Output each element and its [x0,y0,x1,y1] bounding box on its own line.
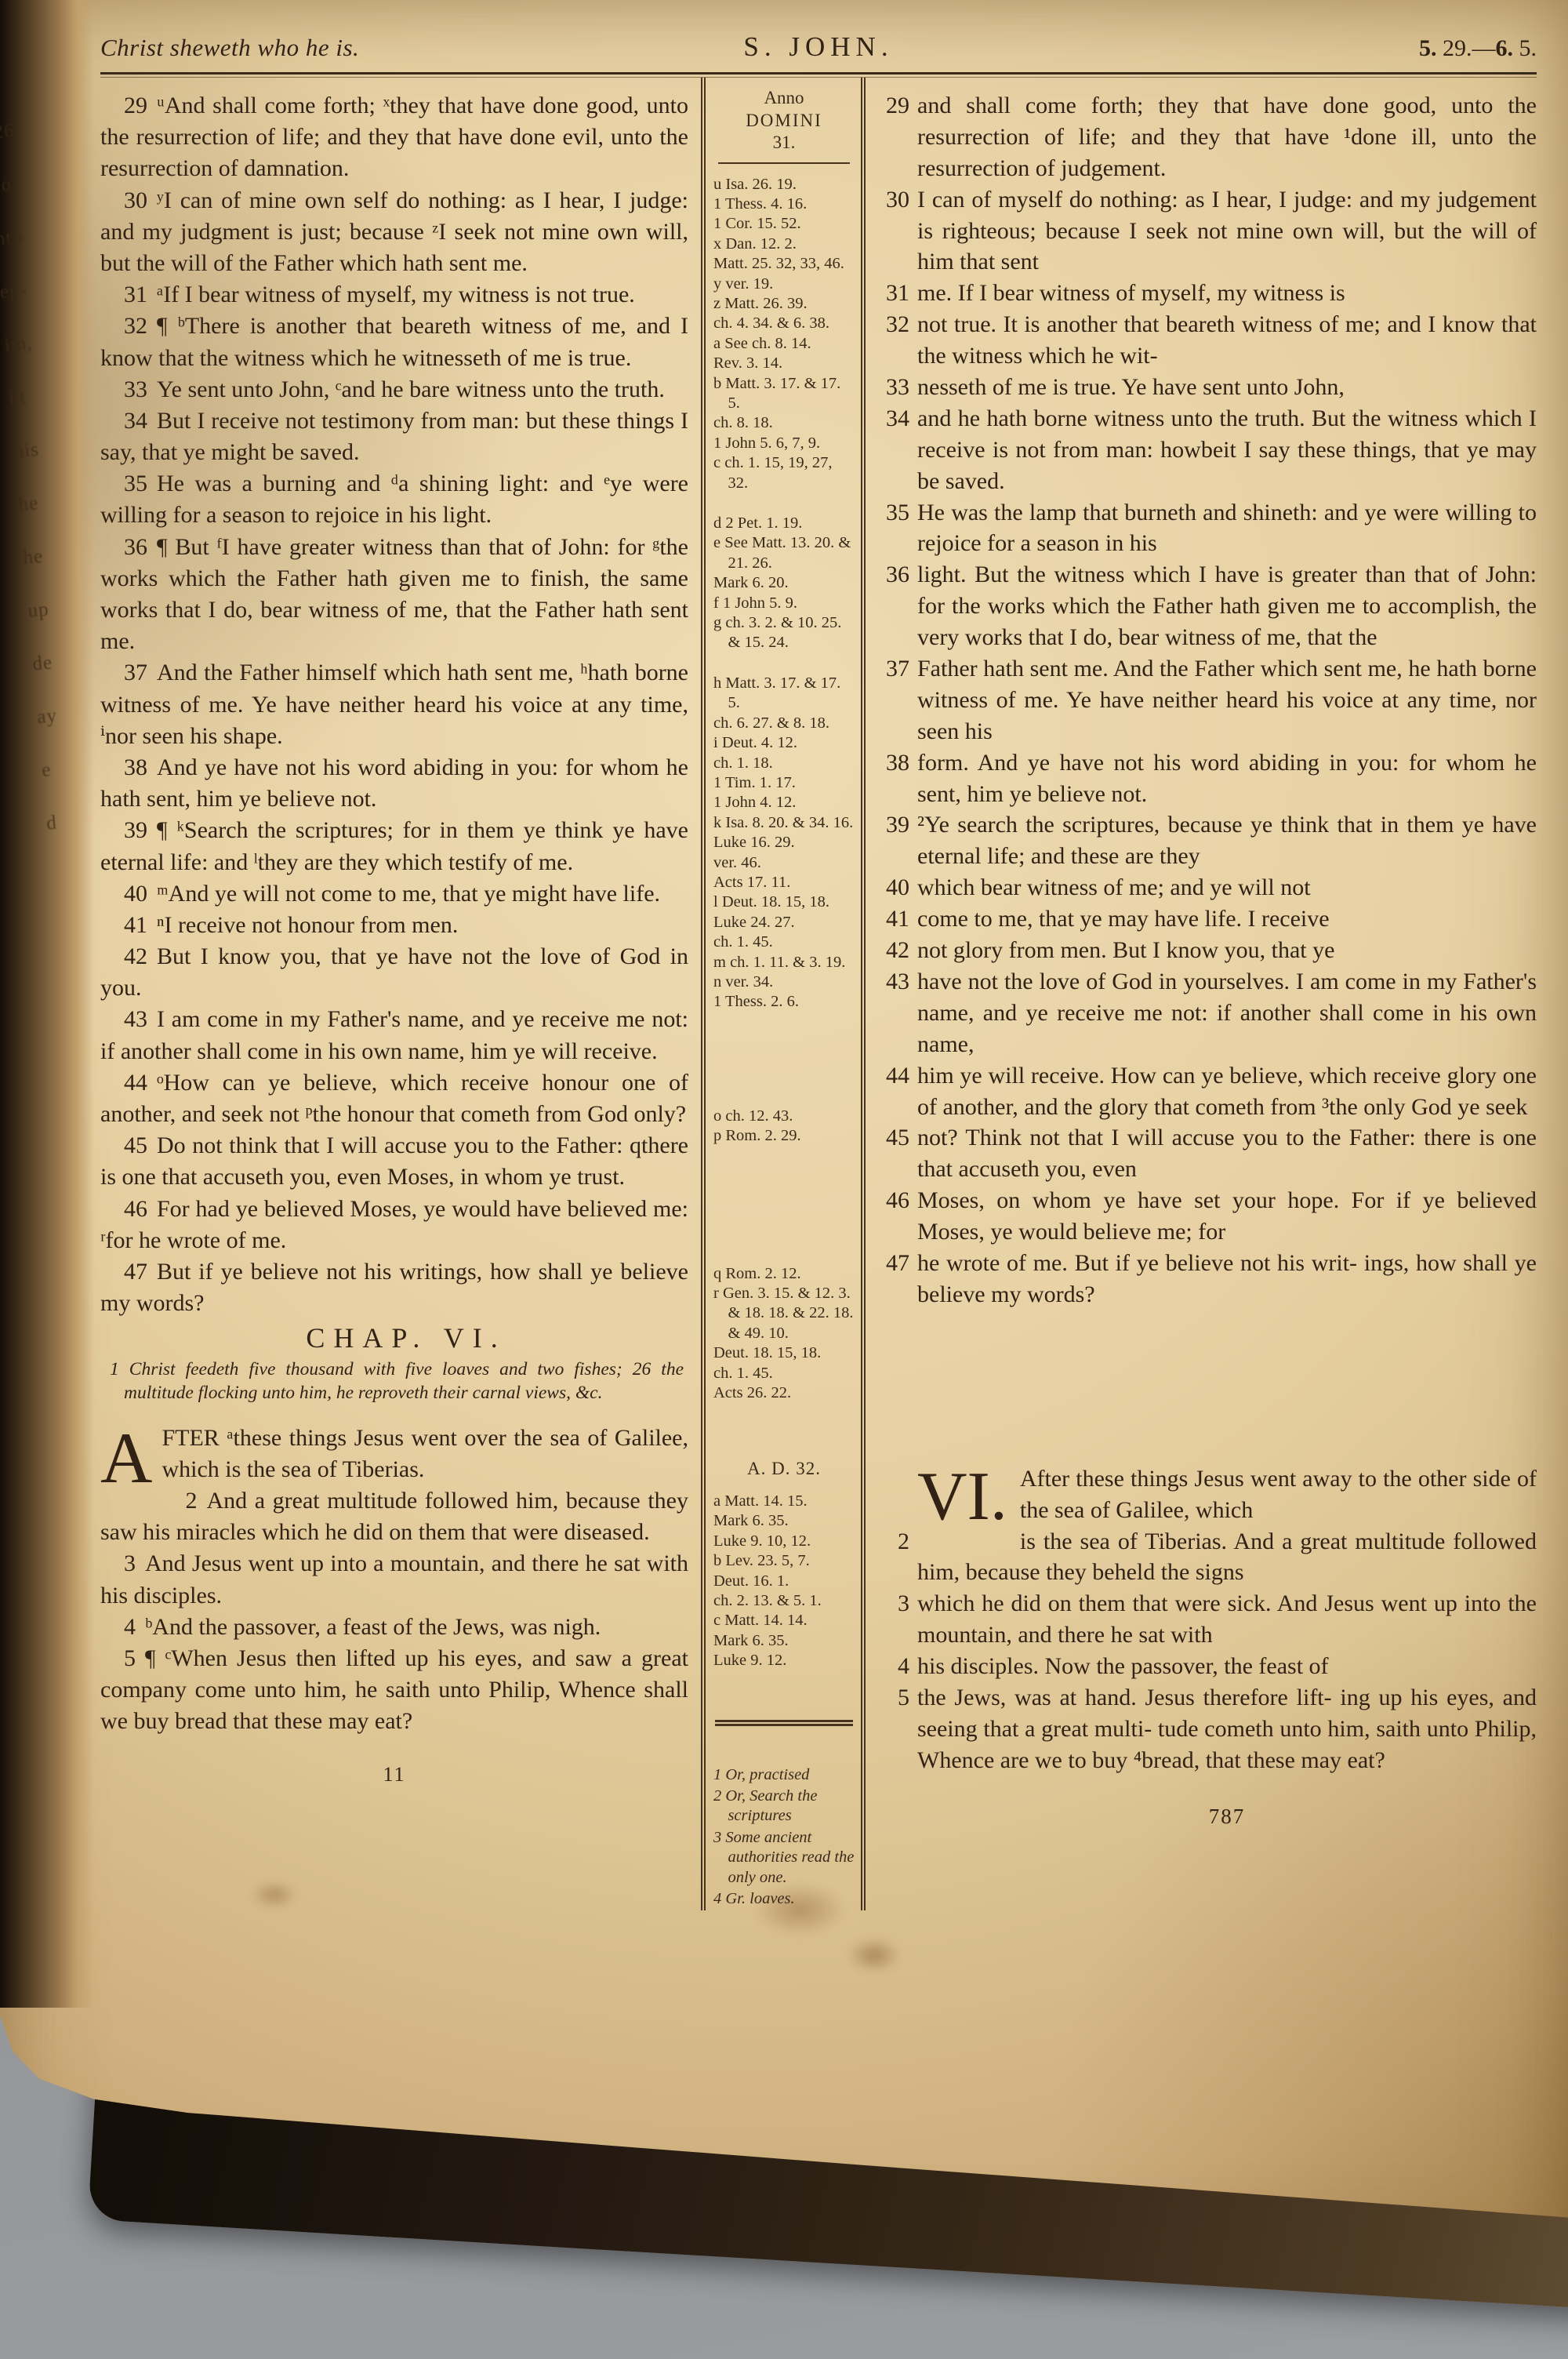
verse-number: 36 [124,534,147,560]
cross-reference: k Isa. 8. 20. & 34. 16. [713,813,855,833]
cross-reference: ch. 4. 34. & 6. 38. [713,314,855,333]
verse-number: 35 [124,471,147,496]
verse-range: 5. [1513,35,1537,61]
anno-domini-32: A. D. 32. [713,1458,855,1481]
kjv-verse: 38And ye have not his word abiding in yo… [100,752,688,815]
verse-text: is the sea of Tiberias. And a great mult… [917,1528,1537,1586]
rv-verse: 41come to me, that ye may have life. I r… [917,903,1537,935]
verse-text: ¶ ᵏSearch the scriptures; for in them ye… [100,817,688,874]
verse-number: 30 [124,187,147,213]
verse-number: 47 [124,1259,147,1285]
rv-verse: 47he wrote of me. But if ye believe not … [917,1248,1537,1310]
chapter-number: 6. [1496,35,1514,61]
verse-number: 32 [124,313,147,339]
verse-number: 29 [870,90,909,122]
cross-reference: i Deut. 4. 12. [713,733,855,753]
cross-reference: 1 Thess. 4. 16. [713,194,855,214]
kjv-verse: 42But I know you, that ye have not the l… [100,941,688,1004]
kjv-verse: 3And Jesus went up into a mountain, and … [100,1548,688,1611]
cross-reference: Deut. 16. 1. [713,1572,855,1591]
verse-text: But if ye believe not his writings, how … [100,1259,688,1316]
cross-reference: ch. 8. 18. [713,413,855,433]
verse-number: 43 [870,966,909,998]
reference-list: d 2 Pet. 1. 19.e See Matt. 13. 20. & 21.… [713,514,855,653]
cross-reference: 1 Cor. 15. 52. [713,214,855,234]
cross-reference: 1 Tim. 1. 17. [713,773,855,793]
anno-line: 31. [713,132,855,154]
verse-text: nesseth of me is true. Ye have sent unto… [917,374,1345,400]
verse-number: 38 [124,754,147,780]
cross-reference: ch. 1. 18. [713,754,855,773]
kjv-verses: 29ᵘAnd shall come forth; ˣthey that have… [100,90,688,1319]
verse-text: He was a burning and ᵈa shining light: a… [100,471,688,528]
signature-mark: 11 [100,1761,688,1789]
rv-verse: 44him ye will receive. How can ye believ… [917,1060,1537,1123]
references-column: Anno DOMINI 31. u Isa. 26. 19.1 Thess. 4… [701,78,866,1910]
verse-number: 40 [870,872,909,903]
verse-number: 46 [124,1196,147,1222]
cross-reference: a Matt. 14. 15. [713,1492,855,1511]
verse-number: 33 [124,376,147,402]
rv-verse: 40which bear witness of me; and ye will … [917,872,1537,903]
text-columns: 29ᵘAnd shall come forth; ˣthey that have… [100,78,1537,1910]
kjv-verse: 37And the Father himself which hath sent… [100,657,688,752]
cross-reference: c Matt. 14. 14. [713,1611,855,1630]
cross-reference: 1 Thess. 2. 6. [713,992,855,1012]
verse-number: 34 [124,408,147,434]
chapter-number: 5. [1419,35,1437,61]
cross-reference: p Rom. 2. 29. [713,1126,855,1146]
reference-list: q Rom. 2. 12.r Gen. 3. 15. & 12. 3. & 18… [713,1264,855,1404]
reference-list: h Matt. 3. 17. & 17. 5.ch. 6. 27. & 8. 1… [713,674,855,1012]
kjv-verse: 35He was a burning and ᵈa shining light:… [100,468,688,531]
rv-chapter-6: VI.After these things Jesus went away to… [917,1463,1537,1776]
footnote: 4 Gr. loaves. [713,1889,855,1909]
kjv-verse: 36¶ But ᶠI have greater witness than tha… [100,532,688,658]
rv-verse: VI.After these things Jesus went away to… [917,1463,1537,1526]
verse-number: 34 [870,403,909,434]
running-title: Christ sheweth who he is. [100,34,743,62]
verse-text: which bear witness of me; and ye will no… [917,874,1311,900]
rv-verse: 32not true. It is another that beareth w… [917,309,1537,372]
kjv-verse: 2And a great multitude followed him, bec… [100,1485,688,1548]
verse-text: ¶ ᶜWhen Jesus then lifted up his eyes, a… [100,1645,688,1734]
chapter-verse-range: 5. 29.—6. 5. [894,35,1537,62]
book-title: S. JOHN. [743,31,893,63]
verse-number: 45 [124,1132,147,1158]
cross-reference: Rev. 3. 14. [713,354,855,373]
rv-verse: 35He was the lamp that burneth and shine… [917,497,1537,560]
cross-reference: ch. 1. 45. [713,1364,855,1383]
cross-reference: b Matt. 3. 17. & 17. 5. [713,374,855,414]
verse-number: 5 [870,1682,909,1714]
cross-reference: 1 John 4. 12. [713,793,855,812]
reference-list: u Isa. 26. 19.1 Thess. 4. 16.1 Cor. 15. … [713,175,855,494]
verse-number: 46 [870,1185,909,1216]
kjv-verse: 29ᵘAnd shall come forth; ˣthey that have… [100,90,688,185]
kjv-verse: 43I am come in my Father's name, and ye … [100,1004,688,1067]
cross-reference: Luke 24. 27. [713,913,855,932]
cross-reference: l Deut. 18. 15, 18. [713,892,855,912]
footnotes-divider [715,1720,853,1726]
kjv-verse: 5¶ ᶜWhen Jesus then lifted up his eyes, … [100,1643,688,1738]
chapter-summary: 1 Christ feedeth five thousand with five… [124,1358,684,1405]
verse-number: 31 [870,278,909,309]
kjv-chap6-verses: 2And a great multitude followed him, bec… [100,1485,688,1738]
verse-text: ᵇAnd the passover, a feast of the Jews, … [145,1614,601,1640]
gutter-text-fragment: nto [0,221,79,250]
cross-reference: h Matt. 3. 17. & 17. 5. [713,674,855,714]
verse-number: 42 [124,943,147,969]
verse-text: ²Ye search the scriptures, because ye th… [917,812,1537,869]
cross-reference: e See Matt. 13. 20. & 21. 26. [713,533,855,573]
cross-reference: Luke 9. 12. [713,1651,855,1670]
verse-number: 41 [870,903,909,935]
kjv-verse: 41ⁿI receive not honour from men. [100,910,688,941]
verse-number: 47 [870,1248,909,1279]
verse-number: 36 [870,559,909,591]
page-stain [847,1937,902,1973]
cross-reference: Mark 6. 20. [713,573,855,593]
rv-verse: 5the Jews, was at hand. Jesus therefore … [917,1682,1537,1776]
verse-text: have not the love of God in yourselves. … [917,969,1537,1057]
verse-text: and he hath borne witness unto the truth… [917,405,1537,494]
gutter-text-fragment: no [0,169,74,198]
cross-reference: c ch. 1. 15, 19, 27, 32. [713,453,855,493]
verse-number: 37 [124,660,147,685]
verse-text: come to me, that ye may have life. I rec… [917,906,1330,932]
footnote-list: 1 Or, practised2 Or, Search the scriptur… [713,1765,855,1910]
rv-verse: 36light. But the witness which I have is… [917,559,1537,653]
verse-text: I am come in my Father's name, and ye re… [100,1006,688,1063]
verse-number: 38 [870,747,909,779]
gutter-text-fragment: he [17,487,102,516]
kjv-verse: 4ᵇAnd the passover, a feast of the Jews,… [100,1612,688,1643]
verse-number: 43 [124,1006,147,1032]
verse-text: which he did on them that were sick. And… [917,1590,1537,1648]
verse-text: ᵒHow can ye believe, which receive honou… [100,1070,688,1127]
cross-reference: ch. 2. 13. & 5. 1. [713,1591,855,1611]
verse-number: 29 [124,93,147,118]
cross-reference: Acts 26. 22. [713,1383,855,1403]
verse-text: And ye have not his word abiding in you:… [100,754,688,812]
verse-text: ⁿI receive not honour from men. [157,912,458,938]
cross-reference: d 2 Pet. 1. 19. [713,514,855,533]
rv-verse: 2is the sea of Tiberias. And a great mul… [917,1526,1537,1589]
gutter-text-fragment: he [22,540,107,569]
verse-text: the Jews, was at hand. Jesus therefore l… [917,1685,1537,1773]
book-gutter: -26nontoep-im,hthisheheupdeayed [0,0,94,2008]
footnote: 3 Some ancient authorities read the only… [713,1828,855,1888]
kjv-verse: 47But if ye believe not his writings, ho… [100,1256,688,1319]
verse-number: 39 [870,809,909,841]
cross-reference: a See ch. 8. 14. [713,334,855,354]
rv-verse: 37Father hath sent me. And the Father wh… [917,653,1537,747]
rv-verse: 43have not the love of God in yourselves… [917,966,1537,1060]
verse-text: But I know you, that ye have not the lov… [100,943,688,1001]
footnote: 1 Or, practised [713,1765,855,1785]
cross-reference: q Rom. 2. 12. [713,1264,855,1284]
verse-number: 44 [124,1070,147,1096]
verse-text: and shall come forth; they that have don… [917,93,1537,181]
verse-number: 40 [124,881,147,907]
kjv-verse: 31ᵃIf I bear witness of myself, my witne… [100,279,688,311]
verse-text: But I receive not testimony from man: bu… [100,408,688,465]
gutter-text-fragment: ep- [0,274,84,304]
verse-number: 2 [185,1488,197,1514]
cross-reference: Mark 6. 35. [713,1631,855,1651]
cross-reference: g ch. 3. 2. & 10. 25. & 15. 24. [713,613,855,653]
rv-verse: 34and he hath borne witness unto the tru… [917,403,1537,497]
anno-domini: Anno DOMINI 31. [713,87,855,154]
kjv-verse: 40ᵐAnd ye will not come to me, that ye m… [100,878,688,910]
page-number: 787 [917,1803,1537,1831]
anno-line: DOMINI [713,110,855,133]
cross-reference: o ch. 12. 43. [713,1107,855,1126]
verse-text: And the Father himself which hath sent m… [100,660,688,748]
rv-verse: 33nesseth of me is true. Ye have sent un… [917,372,1537,403]
rv-verse: 4his disciples. Now the passover, the fe… [917,1651,1537,1682]
cross-reference: u Isa. 26. 19. [713,175,855,194]
verse-text: ¶ ᵇThere is another that beareth witness… [100,313,688,370]
drop-cap: A [100,1423,162,1487]
rv-verse: 31me. If I bear witness of myself, my wi… [917,278,1537,309]
header-rule [100,72,1537,78]
rv-verse: 42not glory from men. But I know you, th… [917,935,1537,966]
cross-reference: Luke 9. 10, 12. [713,1532,855,1551]
cross-reference: y ver. 19. [713,274,855,294]
cross-reference: r Gen. 3. 15. & 12. 3. & 18. 18. & 22. 1… [713,1284,855,1343]
cross-reference: b Lev. 23. 5, 7. [713,1551,855,1571]
cross-reference: Matt. 25. 32, 33, 46. [713,254,855,274]
cross-reference: ch. 6. 27. & 8. 18. [713,714,855,733]
verse-text: light. But the witness which I have is g… [917,562,1537,650]
cross-reference: Luke 16. 29. [713,833,855,852]
verse-text: He was the lamp that burneth and shineth… [917,500,1537,557]
verse-text: not glory from men. But I know you, that… [917,937,1334,963]
cross-reference: n ver. 34. [713,972,855,992]
verse-number: 37 [870,653,909,685]
verse-text: Ye sent unto John, ᶜand he bare witness … [157,376,665,402]
verse-text: me. If I bear witness of myself, my witn… [917,280,1345,306]
verse-number: 5 [124,1645,136,1671]
verse-range: 29.— [1437,35,1496,61]
chapter-heading: CHAP. VI. [100,1319,688,1357]
verse-number: 3 [870,1588,909,1619]
cross-reference: f 1 John 5. 9. [713,594,855,613]
verse-number: 31 [124,282,147,307]
verse-number: 42 [870,935,909,966]
verse-text: After these things Jesus went away to th… [1020,1466,1537,1523]
cross-reference: 1 John 5. 6, 7, 9. [713,434,855,453]
chapter-drop-cap: VI. [917,1463,1020,1526]
page-content: Christ sheweth who he is. S. JOHN. 5. 29… [100,31,1537,1910]
verse-number: 33 [870,372,909,403]
cross-reference: z Matt. 26. 39. [713,294,855,314]
rv-verse: 38form. And ye have not his word abiding… [917,747,1537,810]
rv-verse: 45not? Think not that I will accuse you … [917,1122,1537,1185]
gutter-text-fragment: im, [4,328,89,357]
cross-reference: Acts 17. 11. [713,873,855,892]
verse-number: 2 [870,1526,909,1558]
kjv-verse: 32¶ ᵇThere is another that beareth witne… [100,311,688,373]
verse-text: FTER ᵃthese things Jesus went over the s… [162,1425,688,1482]
verse-text: he wrote of me. But if ye believe not hi… [917,1250,1537,1307]
rv-verse: 3which he did on them that were sick. An… [917,1588,1537,1651]
verse-text: his disciples. Now the passover, the fea… [917,1653,1329,1679]
rv-verse: 39²Ye search the scriptures, because ye … [917,809,1537,872]
verse-number: 4 [124,1614,136,1640]
reference-list: o ch. 12. 43.p Rom. 2. 29. [713,1107,855,1147]
references-rule [718,162,850,164]
verse-text: ¶ But ᶠI have greater witness than that … [100,534,688,655]
verse-number: 44 [870,1060,909,1092]
verse-text: ᵃIf I bear witness of myself, my witness… [157,282,635,307]
verse-text: him ye will receive. How can ye believe,… [917,1063,1537,1120]
verse-text: And Jesus went up into a mountain, and t… [100,1550,688,1608]
verse-text: form. And ye have not his word abiding i… [917,750,1537,807]
verse-number: 35 [870,497,909,529]
cross-reference: ch. 1. 45. [713,932,855,952]
rv-verse: 29and shall come forth; they that have d… [917,90,1537,184]
verse-text: For had ye believed Moses, ye would have… [100,1196,688,1253]
verse-number: 3 [124,1550,136,1576]
kjv-verse: 39¶ ᵏSearch the scriptures; for in them … [100,815,688,878]
verse-text: I can of myself do nothing: as I hear, I… [917,187,1537,275]
kjv-verse: 45Do not think that I will accuse you to… [100,1130,688,1193]
kjv-column: 29ᵘAnd shall come forth; ˣthey that have… [100,78,701,1910]
verse-number: 4 [870,1651,909,1682]
kjv-verse: 46For had ye believed Moses, ye would ha… [100,1194,688,1256]
verse-number: 32 [870,309,909,340]
gutter-text-fragment: ht [9,381,93,410]
verse-number: 41 [124,912,147,938]
kjv-verse: 33Ye sent unto John, ᶜand he bare witnes… [100,374,688,405]
cross-reference: m ch. 1. 11. & 3. 19. [713,953,855,972]
kjv-verse: 44ᵒHow can ye believe, which receive hon… [100,1067,688,1130]
reference-list: a Matt. 14. 15.Mark 6. 35.Luke 9. 10, 12… [713,1492,855,1671]
cross-reference: ver. 46. [713,853,855,873]
verse-number: 30 [870,184,909,216]
kjv-verse: AFTER ᵃthese things Jesus went over the … [100,1423,688,1485]
verse-text: Do not think that I will accuse you to t… [100,1132,688,1190]
rv-chap6-verses: 2is the sea of Tiberias. And a great mul… [917,1526,1537,1776]
verse-text: not? Think not that I will accuse you to… [917,1125,1537,1182]
verse-number: 45 [870,1122,909,1154]
rv-verse: 30I can of myself do nothing: as I hear,… [917,184,1537,278]
revised-version-column: 29and shall come forth; they that have d… [866,78,1537,1910]
verse-text: ᵐAnd ye will not come to me, that ye mig… [157,881,660,907]
kjv-verse: 34But I receive not testimony from man: … [100,405,688,468]
verse-text: ᵘAnd shall come forth; ˣthey that have d… [100,93,688,181]
verse-number: 39 [124,817,147,843]
gutter-text-fragment: -26 [0,115,70,144]
rv-verses: 29and shall come forth; they that have d… [917,90,1537,1310]
verse-text: ʸI can of mine own self do nothing: as I… [100,187,688,276]
verse-text: not true. It is another that beareth wit… [917,311,1537,369]
footnote: 2 Or, Search the scriptures [713,1787,855,1826]
cross-reference: x Dan. 12. 2. [713,234,855,254]
anno-line: Anno [713,87,855,110]
verse-text: Moses, on whom ye have set your hope. Fo… [917,1187,1537,1245]
verse-text: Father hath sent me. And the Father whic… [917,656,1537,744]
rv-verse: 46Moses, on whom ye have set your hope. … [917,1185,1537,1248]
gutter-text-fragment: up [27,594,111,623]
kjv-verse: 30ʸI can of mine own self do nothing: as… [100,185,688,280]
cross-reference: Deut. 18. 15, 18. [713,1343,855,1363]
cross-reference: Mark 6. 35. [713,1511,855,1531]
page-header: Christ sheweth who he is. S. JOHN. 5. 29… [100,31,1537,63]
gutter-text-fragment: his [13,434,98,463]
